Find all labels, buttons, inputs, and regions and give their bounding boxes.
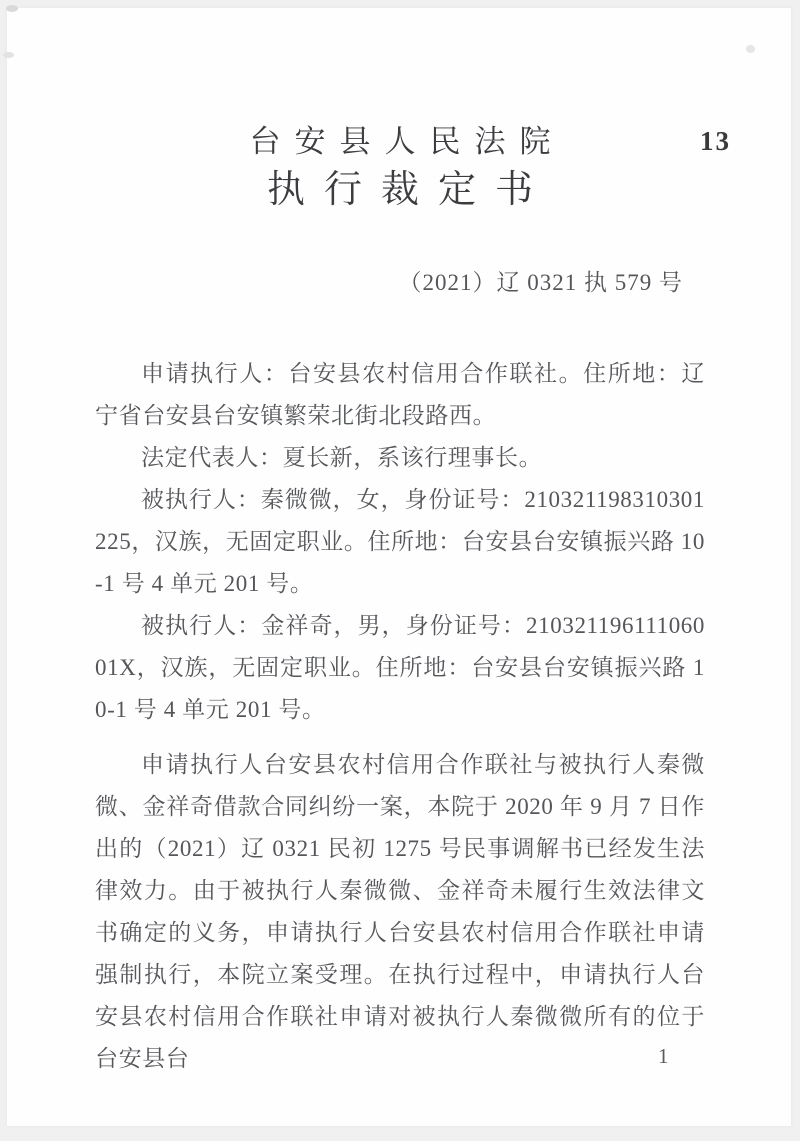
document-content-column: 台安县人民法院 执行裁定书 （2021）辽 0321 执 579 号 申请执行人… bbox=[95, 8, 705, 1080]
paragraph-applicant: 申请执行人：台安县农村信用合作联社。住所地：辽宁省台安县台安镇繁荣北街北段路西。 bbox=[95, 353, 705, 437]
document-body: 申请执行人：台安县农村信用合作联社。住所地：辽宁省台安县台安镇繁荣北街北段路西。… bbox=[95, 353, 705, 1080]
paragraph-respondent-1: 被执行人：秦微微，女，身份证号：210321198310301225，汉族，无固… bbox=[95, 479, 705, 605]
paragraph-respondent-2: 被执行人：金祥奇，男，身份证号：21032119611106001X，汉族，无固… bbox=[95, 605, 705, 731]
footer-page-number: 1 bbox=[658, 1044, 669, 1069]
document-page: 13 台安县人民法院 执行裁定书 （2021）辽 0321 执 579 号 申请… bbox=[7, 8, 791, 1126]
court-name-heading: 台安县人民法院 bbox=[95, 124, 705, 160]
scanned-document-viewport: { "document": { "court_name": "台安县人民法院",… bbox=[0, 0, 800, 1141]
case-number: （2021）辽 0321 执 579 号 bbox=[95, 268, 705, 298]
paragraph-case-description: 申请执行人台安县农村信用合作联社与被执行人秦微微、金祥奇借款合同纠纷一案，本院于… bbox=[95, 744, 705, 1080]
paragraph-legal-representative: 法定代表人：夏长新，系该行理事长。 bbox=[95, 437, 705, 479]
document-title: 执行裁定书 bbox=[95, 168, 705, 212]
